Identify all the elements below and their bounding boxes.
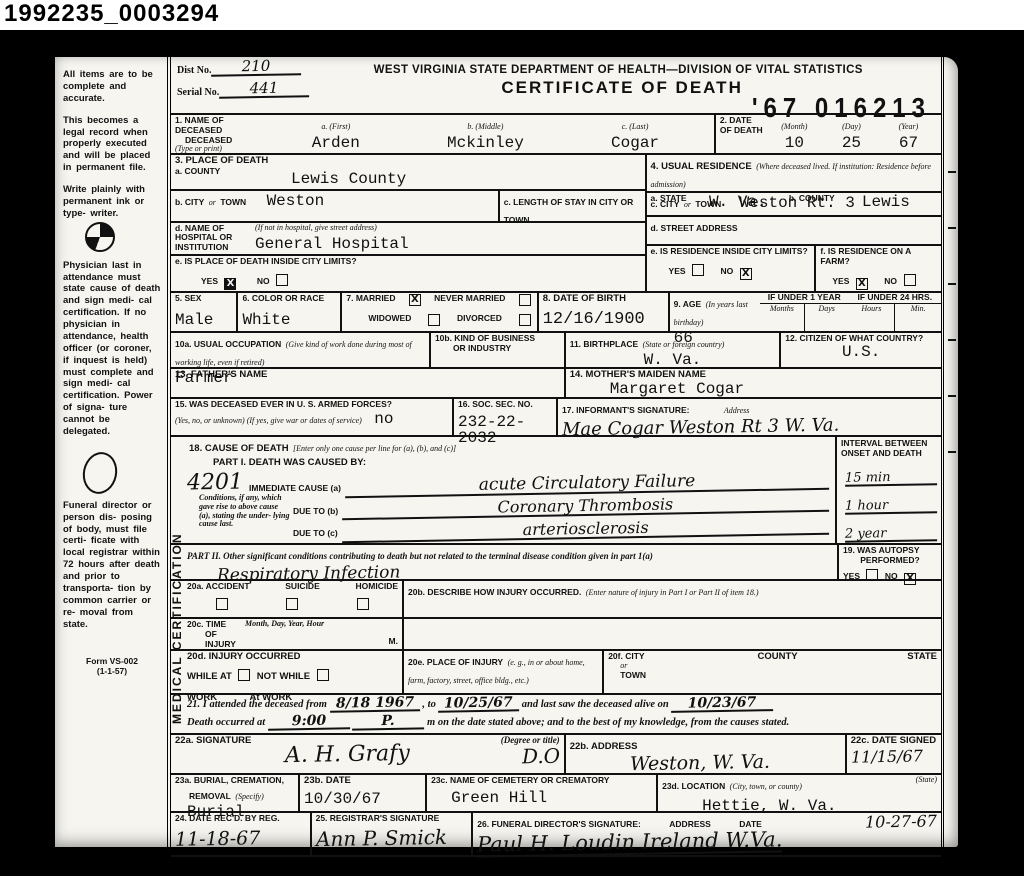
row-injury-type: 20a. ACCIDENT SUICIDE HOMICIDE 20b. DESC… bbox=[171, 579, 941, 617]
field-registrar-signature: 25. REGISTRAR'S SIGNATURE Ann P. Smick bbox=[310, 813, 472, 855]
date-signed-label: 22c. DATE SIGNED bbox=[851, 736, 937, 747]
burial-location-label: 23d. LOCATION bbox=[662, 781, 725, 791]
field-accident-suicide-homicide: 20a. ACCIDENT SUICIDE HOMICIDE bbox=[171, 581, 402, 617]
injury-occurred-label: 20d. INJURY OCCURRED bbox=[187, 652, 398, 663]
interval-column: INTERVAL BETWEENONSET AND DEATH 15 min 1… bbox=[835, 437, 941, 543]
residence-city-label: c. CITY bbox=[651, 199, 680, 209]
field-residence-city: c. CITY or TOWN Weston Rt. 3 bbox=[647, 191, 941, 215]
field-injury-city-county-state: 20f. CITY or TOWN COUNTY STATE bbox=[602, 651, 941, 693]
field-burial-date: 23b. DATE 10/30/67 bbox=[298, 775, 425, 811]
burial-date-value: 10/30/67 bbox=[304, 791, 421, 807]
min-label: Min. bbox=[894, 304, 941, 331]
pod-county-value: Lewis County bbox=[291, 171, 406, 187]
row-injury-location: 20d. INJURY OCCURRED WHILE AT NOT WHILE … bbox=[171, 649, 941, 693]
while-at-work-checkbox bbox=[238, 669, 250, 681]
pod-limits-label: e. IS PLACE OF DEATH INSIDE CITY LIMITS? bbox=[175, 257, 641, 267]
race-label: 6. COLOR OR RACE bbox=[242, 294, 336, 304]
burial-label: 23a. BURIAL, CREMATION, bbox=[175, 776, 294, 786]
field-father-name: 13. FATHER'S NAME bbox=[171, 369, 564, 397]
pod-limits-no-checkbox bbox=[276, 274, 288, 286]
field-date-signed: 22c. DATE SIGNED 11/15/67 bbox=[845, 735, 941, 773]
field-cemetery: 23c. NAME OF CEMETERY OR CREMATORY Green… bbox=[425, 775, 656, 811]
funeral-director-address-label: ADDRESS bbox=[669, 819, 711, 829]
funeral-director-date-value: 10-27-67 bbox=[865, 813, 937, 830]
date-received-value: 11-18-67 bbox=[175, 829, 261, 849]
never-married-label: NEVER MARRIED bbox=[434, 294, 505, 306]
field-if-under-24-hrs: IF UNDER 24 HRS. Hours Min. bbox=[849, 293, 941, 331]
seal-icon bbox=[85, 222, 115, 252]
mother-value: Margaret Cogar bbox=[610, 381, 937, 397]
field-burial-location: 23d. LOCATION (City, town, or county) (S… bbox=[656, 775, 941, 811]
under1-label: IF UNDER 1 YEAR bbox=[760, 293, 849, 303]
birthplace-label: 11. BIRTHPLACE bbox=[570, 339, 639, 349]
field-residence-farm: f. IS RESIDENCE ON A FARM? YES X NO bbox=[814, 246, 941, 291]
married-label: 7. MARRIED bbox=[346, 294, 395, 306]
residence-limits-yes-checkbox bbox=[692, 264, 704, 276]
edge-tick-marks bbox=[948, 117, 956, 827]
field-pod-city: b. CITY or TOWN Weston bbox=[171, 191, 498, 221]
burial-date-label: 23b. DATE bbox=[304, 776, 421, 787]
certificate-number-stamp: '67 016213 bbox=[752, 93, 931, 125]
dob-value: 12/16/1900 bbox=[543, 311, 664, 328]
serial-no-value: 441 bbox=[219, 80, 309, 99]
row-forces-ssn-informant: 15. WAS DECEASED EVER IN U. S. ARMED FOR… bbox=[171, 397, 941, 435]
pod-limits-yes-checkbox: X bbox=[224, 278, 236, 290]
field-pod-city-limits: e. IS PLACE OF DEATH INSIDE CITY LIMITS?… bbox=[171, 254, 645, 291]
field-armed-forces: 15. WAS DECEASED EVER IN U. S. ARMED FOR… bbox=[171, 399, 452, 435]
interval-c-value: 2 year bbox=[845, 526, 937, 543]
divorced-checkbox bbox=[519, 314, 531, 326]
attend-text-3: and last saw the deceased alive on bbox=[522, 699, 669, 710]
row-vitals: 5. SEX Male 6. COLOR OR RACE White 7. MA… bbox=[171, 291, 941, 331]
field-marital-status: 7. MARRIED X NEVER MARRIED WIDOWED DIVOR… bbox=[340, 293, 536, 331]
medical-certification-vertical-label: MEDICAL CERTIFICATION bbox=[170, 429, 186, 727]
field-sex: 5. SEX Male bbox=[171, 293, 236, 331]
section-place-of-death: 3. PLACE OF DEATH a. COUNTY Lewis County… bbox=[171, 155, 645, 291]
sidebar-note-1: All items are to be complete and accurat… bbox=[63, 69, 161, 105]
field-birthplace: 11. BIRTHPLACE (State or foreign country… bbox=[564, 333, 780, 367]
row-registrar: 24. DATE REC'D. BY REG. 11-18-67 25. REG… bbox=[171, 811, 941, 857]
homicide-checkbox bbox=[357, 598, 369, 610]
attend-from-date: 8/18 1967 bbox=[329, 695, 419, 713]
sidebar-note-5: Funeral director or person dis- posing o… bbox=[63, 500, 161, 631]
birthplace-value: W. Va. bbox=[570, 352, 776, 368]
birthplace-sublabel: (State or foreign country) bbox=[643, 340, 725, 349]
date-received-label: 24. DATE REC'D. BY REG. bbox=[175, 814, 306, 824]
attend-to-date: 10/25/67 bbox=[438, 695, 519, 712]
burial-location-sublabel: (City, town, or county) bbox=[730, 782, 802, 791]
field-citizen: 12. CITIZEN OF WHAT COUNTRY? U.S. bbox=[779, 333, 941, 367]
field-residence-state-county: 4. USUAL RESIDENCE (Where deceased lived… bbox=[647, 155, 941, 191]
form-number: Form VS-002 bbox=[63, 656, 161, 666]
physician-address-label: 22b. ADDRESS bbox=[570, 741, 638, 752]
field-time-of-injury: 20c. TIME OF INJURY Month, Day, Year, Ho… bbox=[171, 619, 402, 649]
field-length-of-stay: c. LENGTH OF STAY IN CITY OR TOWN bbox=[498, 191, 645, 221]
sex-value: Male bbox=[175, 312, 232, 328]
attend-text-2: , to bbox=[422, 699, 435, 710]
residence-limits-no-checkbox: X bbox=[740, 268, 752, 280]
row-place-residence: 3. PLACE OF DEATH a. COUNTY Lewis County… bbox=[171, 153, 941, 291]
dist-no-value: 210 bbox=[211, 58, 301, 77]
interval-a-value: 15 min bbox=[845, 470, 937, 487]
field-mother-name: 14. MOTHER'S MAIDEN NAME Margaret Cogar bbox=[564, 369, 941, 397]
due-to-c-label: DUE TO (c) bbox=[293, 529, 338, 539]
field-hospital: d. NAME OF HOSPITAL OR INSTITUTION (If n… bbox=[171, 221, 645, 255]
attend-text-4: Death occurred at bbox=[187, 717, 265, 728]
interval-label: INTERVAL BETWEENONSET AND DEATH bbox=[837, 437, 941, 459]
middle-name-label: b. (Middle) bbox=[467, 122, 503, 131]
field-date-of-birth: 8. DATE OF BIRTH 12/16/1900 bbox=[537, 293, 668, 331]
signature-label: 22a. SIGNATURE bbox=[175, 736, 285, 772]
funeral-director-label: 26. FUNERAL DIRECTOR'S SIGNATURE: bbox=[477, 819, 641, 829]
field-if-under-1-year: IF UNDER 1 YEAR Months Days bbox=[760, 293, 849, 331]
sidebar-note-3: Write plainly with permanent ink or type… bbox=[63, 184, 161, 220]
informant-address-label: Address bbox=[724, 406, 749, 415]
field-autopsy: 19. WAS AUTOPSY PERFORMED? YES NO X bbox=[837, 545, 941, 579]
department-title: WEST VIRGINIA STATE DEPARTMENT OF HEALTH… bbox=[301, 64, 935, 76]
accident-label: 20a. ACCIDENT bbox=[187, 582, 250, 592]
hours-label: Hours bbox=[849, 304, 895, 331]
burial-sublabel: (Specify) bbox=[235, 792, 263, 801]
first-name-value: Arden bbox=[312, 134, 360, 152]
residence-farm-label: f. IS RESIDENCE ON A FARM? bbox=[820, 247, 937, 267]
occupation-label: 10a. USUAL OCCUPATION bbox=[175, 339, 281, 349]
last-name-value: Cogar bbox=[611, 134, 659, 152]
certificate-paper: All items are to be complete and accurat… bbox=[55, 57, 958, 847]
informant-label: 17. INFORMANT'S SIGNATURE: bbox=[562, 405, 689, 415]
field-place-of-injury: 20e. PLACE OF INJURY (e. g., in or about… bbox=[402, 651, 602, 693]
certificate-form: MEDICAL CERTIFICATION '67 016213 Dist No… bbox=[167, 57, 944, 847]
accident-checkbox bbox=[216, 598, 228, 610]
armed-forces-value: no bbox=[374, 410, 393, 428]
field-burial: 23a. BURIAL, CREMATION, REMOVAL (Specify… bbox=[171, 775, 298, 811]
field-date-received: 24. DATE REC'D. BY REG. 11-18-67 bbox=[171, 813, 310, 855]
divorced-label: DIVORCED bbox=[457, 314, 502, 326]
widowed-label: WIDOWED bbox=[368, 314, 411, 326]
citizen-value: U.S. bbox=[785, 344, 937, 360]
cemetery-label: 23c. NAME OF CEMETERY OR CREMATORY bbox=[431, 776, 652, 786]
cause-sublabel: [Enter only one cause per line for (a), … bbox=[293, 444, 456, 453]
attend-text-1: 21. I attended the deceased from bbox=[187, 699, 327, 710]
ssn-label: 16. SOC. SEC. NO. bbox=[458, 400, 552, 410]
field-street-address: d. STREET ADDRESS bbox=[647, 215, 941, 244]
hospital-sublabel: (If not in hospital, give street address… bbox=[255, 224, 409, 233]
field-describe-injury: 20b. DESCRIBE HOW INJURY OCCURRED. (Ente… bbox=[402, 581, 941, 617]
funeral-director-signature-value: Paul H. Loudin Ireland W.Va. bbox=[477, 829, 783, 857]
father-label: 13. FATHER'S NAME bbox=[175, 370, 560, 381]
row-attendance: 21. I attended the deceased from 8/18 19… bbox=[171, 693, 941, 733]
due-to-c-value: arteriosclerosis bbox=[342, 516, 830, 543]
scan-header-strip: 1992235_0003294 bbox=[0, 0, 1024, 30]
serial-no-label: Serial No. bbox=[177, 87, 219, 98]
describe-injury-sublabel: (Enter nature of injury in Part I or Par… bbox=[586, 588, 759, 597]
married-checkbox: X bbox=[409, 294, 421, 306]
time-m-label: M. bbox=[245, 637, 398, 647]
field-business: 10b. KIND OF BUSINESS OR INDUSTRY bbox=[429, 333, 564, 367]
part2-label: PART II. Other significant conditions co… bbox=[187, 551, 653, 561]
row-burial: 23a. BURIAL, CREMATION, REMOVAL (Specify… bbox=[171, 773, 941, 811]
residence-label: 4. USUAL RESIDENCE bbox=[651, 161, 752, 172]
describe-injury-label: 20b. DESCRIBE HOW INJURY OCCURRED. bbox=[408, 587, 581, 597]
scan-id: 1992235_0003294 bbox=[4, 0, 219, 28]
death-ampm: P. bbox=[352, 713, 424, 730]
name-label: 1. NAME OF DECEASED bbox=[175, 116, 261, 136]
sex-label: 5. SEX bbox=[175, 294, 232, 304]
armed-forces-label: 15. WAS DECEASED EVER IN U. S. ARMED FOR… bbox=[175, 400, 448, 410]
injury-county-label: COUNTY bbox=[688, 652, 867, 692]
not-while-label: NOT WHILE bbox=[257, 671, 310, 682]
field-ssn: 16. SOC. SEC. NO. 232-22-2032 bbox=[452, 399, 556, 435]
registrar-signature-value: Ann P. Smick bbox=[315, 827, 446, 849]
dob-label: 8. DATE OF BIRTH bbox=[543, 294, 664, 305]
part1-label: PART I. DEATH WAS CAUSED BY: bbox=[213, 458, 831, 469]
not-while-checkbox bbox=[317, 669, 329, 681]
months-label: Months bbox=[760, 304, 804, 331]
residence-farm-yes-checkbox: X bbox=[856, 278, 868, 290]
row-part2-autopsy: PART II. Other significant conditions co… bbox=[171, 543, 941, 579]
field-residence-city-limits: e. IS RESIDENCE INSIDE CITY LIMITS? YES … bbox=[647, 246, 815, 291]
place-of-injury-label: 20e. PLACE OF INJURY bbox=[408, 657, 503, 667]
residence-city-value: Weston Rt. 3 bbox=[740, 194, 855, 212]
widowed-checkbox bbox=[428, 314, 440, 326]
field-name-of-deceased: 1. NAME OF DECEASED DECEASED (Type or pr… bbox=[171, 115, 714, 153]
field-funeral-director: 26. FUNERAL DIRECTOR'S SIGNATURE: ADDRES… bbox=[471, 813, 941, 855]
residence-farm-no-checkbox bbox=[904, 274, 916, 286]
row-occupation: 10a. USUAL OCCUPATION (Give kind of work… bbox=[171, 331, 941, 367]
section-cause-of-death: 18. CAUSE OF DEATH [Enter only one cause… bbox=[171, 435, 941, 543]
street-address-label: d. STREET ADDRESS bbox=[651, 223, 738, 233]
armed-forces-sublabel: (Yes, no, or unknown) (If yes, give war … bbox=[175, 416, 362, 425]
row-physician-signature: 22a. SIGNATURE A. H. Grafy (Degree or ti… bbox=[171, 733, 941, 773]
field-informant: 17. INFORMANT'S SIGNATURE: Address Mae C… bbox=[556, 399, 941, 435]
field-physician-signature: 22a. SIGNATURE A. H. Grafy (Degree or ti… bbox=[171, 735, 564, 773]
field-pod-county: 3. PLACE OF DEATH a. COUNTY Lewis County bbox=[171, 155, 645, 189]
sidebar-note-4: Physician last in attendance must state … bbox=[63, 260, 161, 438]
last-name-label: c. (Last) bbox=[622, 122, 649, 131]
days-label: Days bbox=[804, 304, 849, 331]
attend-text-5: m on the date stated above; and to the b… bbox=[427, 717, 789, 728]
sidebar-note-2: This becomes a legal record when properl… bbox=[63, 115, 161, 174]
field-injury-occurred: 20d. INJURY OCCURRED WHILE AT NOT WHILE … bbox=[171, 651, 402, 693]
race-value: White bbox=[242, 312, 336, 328]
field-part2: PART II. Other significant conditions co… bbox=[171, 545, 837, 579]
section-usual-residence: 4. USUAL RESIDENCE (Where deceased lived… bbox=[645, 155, 941, 291]
dod-month-value: 10 bbox=[785, 134, 804, 152]
degree-value: D.O bbox=[521, 746, 559, 767]
cause-label: 18. CAUSE OF DEATH bbox=[189, 443, 289, 454]
field-physician-address: 22b. ADDRESS Weston, W. Va. bbox=[564, 735, 845, 773]
date-signed-value: 11/15/67 bbox=[851, 748, 923, 765]
death-time: 9:00 bbox=[268, 713, 350, 730]
while-at-work-label: WHILE AT bbox=[187, 671, 232, 682]
field-occupation: 10a. USUAL OCCUPATION (Give kind of work… bbox=[171, 333, 429, 367]
residence-limits-label: e. IS RESIDENCE INSIDE CITY LIMITS? bbox=[651, 247, 811, 257]
dist-no-label: Dist No. bbox=[177, 65, 211, 76]
physician-signature-value: A. H. Grafy bbox=[285, 743, 410, 773]
age-label: 9. AGE bbox=[674, 299, 702, 309]
pod-city-label: b. CITY bbox=[175, 197, 204, 207]
attend-last-alive-date: 10/23/67 bbox=[671, 695, 773, 713]
suicide-checkbox bbox=[286, 598, 298, 610]
pod-city-value: Weston bbox=[267, 192, 325, 210]
pod-label: 3. PLACE OF DEATH bbox=[175, 156, 641, 167]
time-of-injury-sublabel: Month, Day, Year, Hour bbox=[245, 620, 398, 629]
never-married-checkbox bbox=[519, 294, 531, 306]
form-revision: (1-1-57) bbox=[63, 666, 161, 676]
middle-name-value: Mckinley bbox=[447, 134, 524, 152]
row-time-of-injury: 20c. TIME OF INJURY Month, Day, Year, Ho… bbox=[171, 617, 941, 649]
dod-day-value: 25 bbox=[842, 134, 861, 152]
cause-code: 4201 bbox=[187, 471, 243, 494]
oval-mark-icon bbox=[79, 449, 121, 497]
due-to-b-value: Coronary Thrombosis bbox=[342, 494, 829, 520]
physician-address-value: Weston, W. Va. bbox=[630, 753, 770, 774]
field-time-of-injury-entry bbox=[402, 619, 941, 649]
registrar-label: 25. REGISTRAR'S SIGNATURE bbox=[316, 814, 468, 824]
first-name-label: a. (First) bbox=[321, 122, 350, 131]
dod-year-value: 67 bbox=[899, 134, 918, 152]
row-parents: 13. FATHER'S NAME 14. MOTHER'S MAIDEN NA… bbox=[171, 367, 941, 397]
hospital-value: General Hospital bbox=[255, 236, 409, 252]
interval-b-value: 1 hour bbox=[845, 498, 937, 515]
under24-label: IF UNDER 24 HRS. bbox=[849, 293, 941, 303]
instructions-sidebar: All items are to be complete and accurat… bbox=[55, 57, 167, 847]
field-race: 6. COLOR OR RACE White bbox=[236, 293, 340, 331]
field-attendance-statement: 21. I attended the deceased from 8/18 19… bbox=[171, 695, 793, 733]
due-to-b-label: DUE TO (b) bbox=[293, 507, 338, 517]
pod-county-label: a. COUNTY bbox=[175, 167, 641, 177]
suicide-label: SUICIDE bbox=[285, 582, 319, 592]
conditions-note: Conditions, if any, which gave rise to a… bbox=[185, 494, 291, 543]
field-age: 9. AGE (In years last birthday) 66 bbox=[668, 293, 760, 331]
burial-location-state-label: (State) bbox=[916, 776, 937, 785]
injury-state-label: STATE bbox=[867, 652, 937, 692]
cemetery-value: Green Hill bbox=[451, 790, 652, 806]
homicide-label: HOMICIDE bbox=[356, 582, 399, 592]
